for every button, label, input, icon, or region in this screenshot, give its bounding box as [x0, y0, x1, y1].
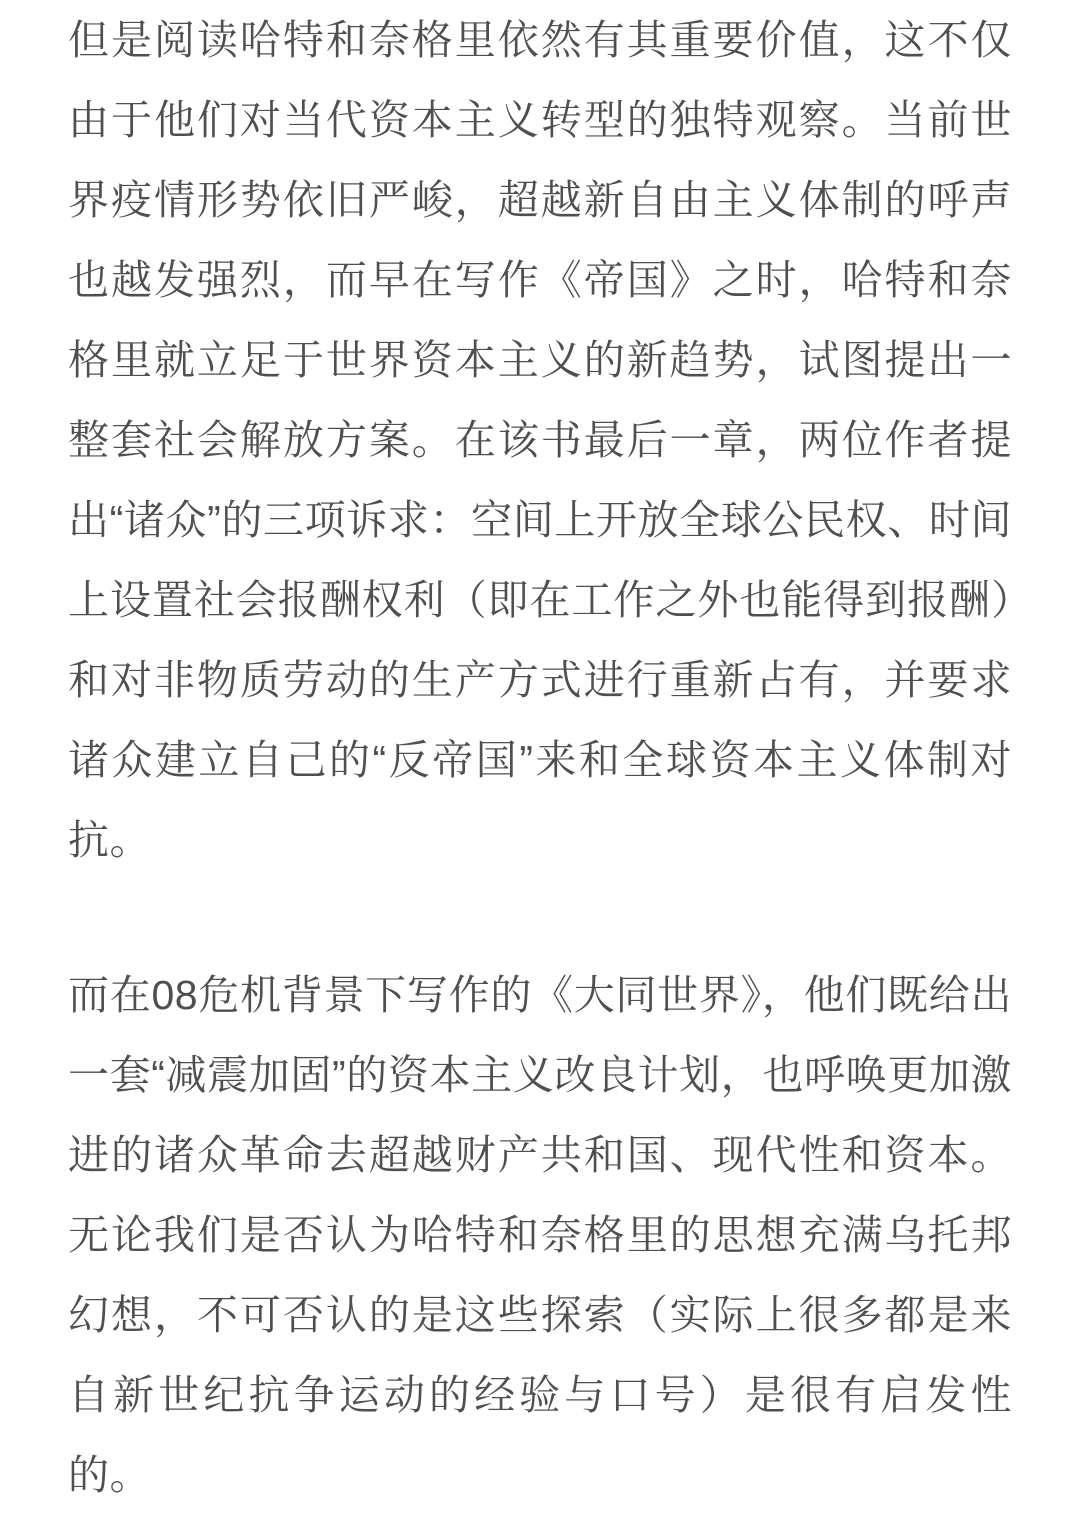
article-paragraph: 而在08危机背景下写作的《大同世界》，他们既给出一套“减震加固”的资本主义改良计… — [68, 955, 1012, 1515]
article-paragraph: 但是阅读哈特和奈格里依然有其重要价值，这不仅由于他们对当代资本主义转型的独特观察… — [68, 0, 1012, 880]
article-body: 但是阅读哈特和奈格里依然有其重要价值，这不仅由于他们对当代资本主义转型的独特观察… — [0, 0, 1080, 1515]
